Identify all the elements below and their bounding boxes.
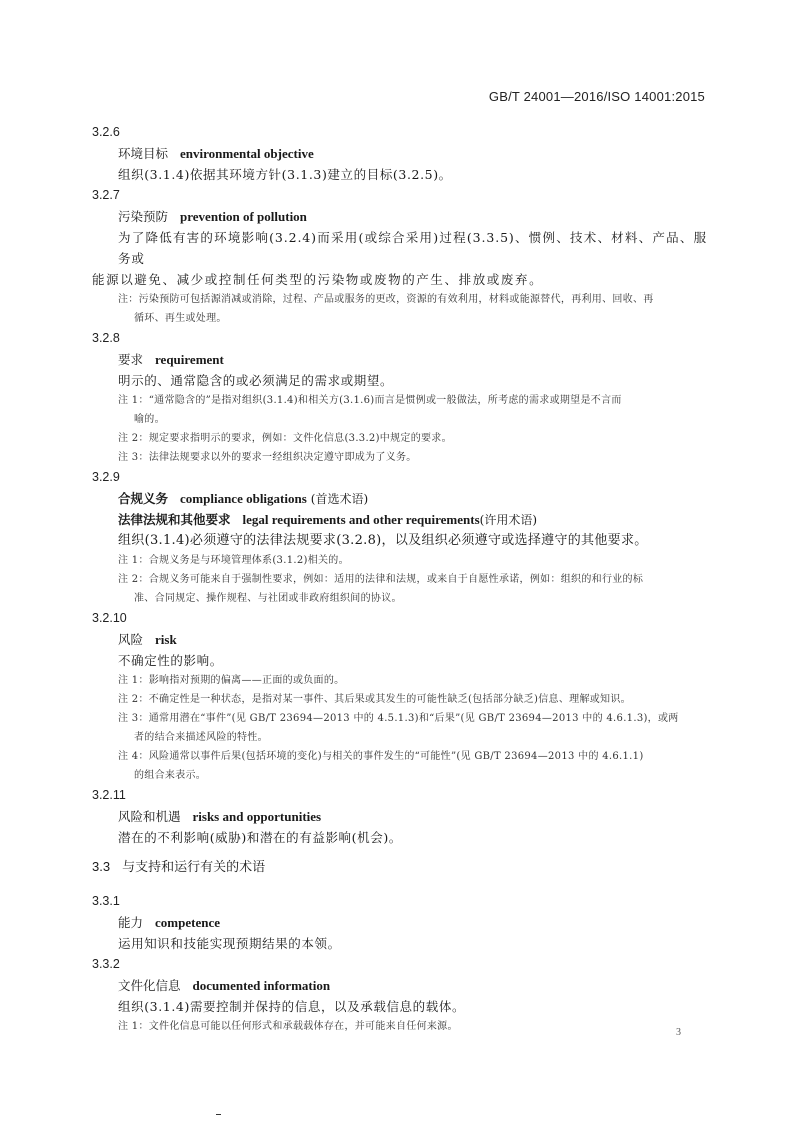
- term-tag: (首选术语): [311, 492, 368, 506]
- preferred-term: 合规义务compliance obligations (首选术语): [92, 488, 707, 509]
- term-en: requirement: [155, 352, 224, 367]
- term-entry-3-3-2: 3.3.2 文件化信息documented information 组织(3.1…: [92, 954, 707, 1036]
- note-label: 注 1：: [118, 1021, 149, 1032]
- definition: 潜在的不利影响(威胁)和潜在的有益影响(机会)。: [92, 827, 707, 848]
- term-entry-3-2-11: 3.2.11 风险和机遇risks and opportunities 潜在的不…: [92, 785, 707, 848]
- page-number: 3: [676, 1027, 681, 1038]
- note-continuation: 的组合来表示。: [118, 766, 707, 785]
- admitted-term: 法律法规和其他要求legal requirements and other re…: [92, 509, 707, 530]
- term-en: prevention of pollution: [180, 209, 307, 224]
- definition: 组织(3.1.4)需要控制并保持的信息，以及承载信息的载体。: [92, 996, 707, 1017]
- term-entry-3-2-10: 3.2.10 风险risk 不确定性的影响。 注 1：影响指对预期的偏离——正面…: [92, 608, 707, 785]
- document-body: 3.2.6 环境目标environmental objective 组织(3.1…: [92, 122, 707, 1036]
- note-1: 注 1：影响指对预期的偏离——正面的或负面的。: [92, 671, 707, 690]
- note-3: 注 3：通常用潜在“事件”(见 GB/T 23694—2013 中的 4.5.1…: [92, 709, 707, 747]
- term-en: competence: [155, 915, 220, 930]
- note-text: 合规义务可能来自于强制性要求，例如：适用的法律和法规，或来自于自愿性承诺，例如：…: [149, 574, 643, 585]
- term-tag: (许用术语): [480, 513, 537, 527]
- entry-number: 3.2.11: [92, 785, 707, 806]
- term-zh: 风险和机遇: [118, 809, 181, 824]
- note-text: 文件化信息可能以任何形式和承载载体存在，并可能来自任何来源。: [149, 1021, 458, 1032]
- note-continuation: 者的结合来描述风险的特性。: [118, 728, 707, 747]
- note-label: 注 3：: [118, 452, 149, 463]
- clause-number: 3.3: [92, 859, 110, 874]
- term-heading: 风险risk: [92, 629, 707, 650]
- entry-number: 3.2.6: [92, 122, 707, 143]
- term-heading: 文件化信息documented information: [92, 975, 707, 996]
- note-1: 注 1：文件化信息可能以任何形式和承载载体存在，并可能来自任何来源。: [92, 1017, 707, 1036]
- note-2: 注 2：合规义务可能来自于强制性要求，例如：适用的法律和法规，或来自于自愿性承诺…: [92, 570, 707, 608]
- note: 注：污染预防可包括源消减或消除，过程、产品或服务的更改，资源的有效利用，材料或能…: [92, 290, 707, 328]
- term-entry-3-2-7: 3.2.7 污染预防prevention of pollution 为了降低有害…: [92, 185, 707, 328]
- note-label: 注 3：: [118, 713, 149, 724]
- document-page: GB/T 24001—2016/ISO 14001:2015 3.2.6 环境目…: [0, 0, 793, 1121]
- term-en: documented information: [193, 978, 331, 993]
- definition: 组织(3.1.4)依据其环境方针(3.1.3)建立的目标(3.2.5)。: [92, 164, 707, 185]
- term-en: legal requirements and other requirement…: [243, 512, 480, 527]
- note-2: 注 2：不确定性是一种状态，是指对某一事件、其后果或其发生的可能性缺乏(包括部分…: [92, 690, 707, 709]
- note-continuation: 准、合同规定、操作规程、与社团或非政府组织间的协议。: [118, 589, 707, 608]
- note-continuation: 循环、再生或处理。: [118, 309, 707, 328]
- definition: 明示的、通常隐含的或必须满足的需求或期望。: [92, 370, 707, 391]
- entry-number: 3.2.10: [92, 608, 707, 629]
- note-text: “通常隐含的”是指对组织(3.1.4)和相关方(3.1.6)而言是惯例或一般做法…: [149, 395, 622, 406]
- note-label: 注 2：: [118, 574, 149, 585]
- standard-header: GB/T 24001—2016/ISO 14001:2015: [489, 89, 705, 104]
- clause-title: 与支持和运行有关的术语: [122, 860, 265, 875]
- definition: 不确定性的影响。: [92, 650, 707, 671]
- definition-line-2: 能源以避免、减少或控制任何类型的污染物或废物的产生、排放或废弃。: [92, 269, 707, 290]
- note-label: 注 1：: [118, 675, 149, 686]
- entry-number: 3.2.9: [92, 467, 707, 488]
- note-label: 注 1：: [118, 555, 149, 566]
- term-en: risks and opportunities: [193, 809, 322, 824]
- note-text: 影响指对预期的偏离——正面的或负面的。: [149, 675, 345, 686]
- note-text: 风险通常以事件后果(包括环境的变化)与相关的事件发生的“可能性”(见 GB/T …: [149, 751, 644, 762]
- note-label: 注 2：: [118, 694, 149, 705]
- note-label: 注 1：: [118, 395, 149, 406]
- term-entry-3-3-1: 3.3.1 能力competence 运用知识和技能实现预期结果的本领。: [92, 891, 707, 954]
- term-entry-3-2-9: 3.2.9 合规义务compliance obligations (首选术语) …: [92, 467, 707, 608]
- definition: 运用知识和技能实现预期结果的本领。: [92, 933, 707, 954]
- term-entry-3-2-8: 3.2.8 要求requirement 明示的、通常隐含的或必须满足的需求或期望…: [92, 328, 707, 467]
- term-zh: 合规义务: [118, 491, 168, 506]
- entry-number: 3.3.1: [92, 891, 707, 912]
- note-text: 法律法规要求以外的要求一经组织决定遵守即成为了义务。: [149, 452, 417, 463]
- scan-mark: [216, 1114, 221, 1115]
- term-heading: 风险和机遇risks and opportunities: [92, 806, 707, 827]
- term-heading: 环境目标environmental objective: [92, 143, 707, 164]
- note-label: 注：: [118, 294, 139, 305]
- entry-number: 3.3.2: [92, 954, 707, 975]
- definition: 组织(3.1.4)必须遵守的法律法规要求(3.2.8)，以及组织必须遵守或选择遵…: [92, 530, 707, 551]
- term-heading: 能力competence: [92, 912, 707, 933]
- term-heading: 污染预防prevention of pollution: [92, 206, 707, 227]
- definition-line-1: 为了降低有害的环境影响(3.2.4)而采用(或综合采用)过程(3.3.5)、惯例…: [92, 227, 707, 269]
- term-en: risk: [155, 632, 177, 647]
- note-1: 注 1：合规义务是与环境管理体系(3.1.2)相关的。: [92, 551, 707, 570]
- entry-number: 3.2.8: [92, 328, 707, 349]
- term-zh: 污染预防: [118, 209, 168, 224]
- note-label: 注 2：: [118, 433, 149, 444]
- clause-heading: 3.3与支持和运行有关的术语: [92, 856, 707, 879]
- term-zh: 法律法规和其他要求: [118, 512, 231, 527]
- note-3: 注 3：法律法规要求以外的要求一经组织决定遵守即成为了义务。: [92, 448, 707, 467]
- entry-number: 3.2.7: [92, 185, 707, 206]
- term-zh: 要求: [118, 352, 143, 367]
- note-text: 通常用潜在“事件”(见 GB/T 23694—2013 中的 4.5.1.3)和…: [149, 713, 679, 724]
- term-zh: 能力: [118, 915, 143, 930]
- term-en: compliance obligations: [180, 491, 307, 506]
- term-heading: 要求requirement: [92, 349, 707, 370]
- term-entry-3-2-6: 3.2.6 环境目标environmental objective 组织(3.1…: [92, 122, 707, 185]
- note-continuation: 喻的。: [118, 410, 707, 429]
- note-2: 注 2：规定要求指明示的要求，例如：文件化信息(3.3.2)中规定的要求。: [92, 429, 707, 448]
- note-4: 注 4：风险通常以事件后果(包括环境的变化)与相关的事件发生的“可能性”(见 G…: [92, 747, 707, 785]
- note-text: 污染预防可包括源消减或消除，过程、产品或服务的更改，资源的有效利用，材料或能源替…: [139, 294, 654, 305]
- note-label: 注 4：: [118, 751, 149, 762]
- note-1: 注 1：“通常隐含的”是指对组织(3.1.4)和相关方(3.1.6)而言是惯例或…: [92, 391, 707, 429]
- note-text: 不确定性是一种状态，是指对某一事件、其后果或其发生的可能性缺乏(包括部分缺乏)信…: [149, 694, 631, 705]
- term-zh: 环境目标: [118, 146, 168, 161]
- term-zh: 风险: [118, 632, 143, 647]
- note-text: 规定要求指明示的要求，例如：文件化信息(3.3.2)中规定的要求。: [149, 433, 452, 444]
- term-en: environmental objective: [180, 146, 314, 161]
- term-zh: 文件化信息: [118, 978, 181, 993]
- note-text: 合规义务是与环境管理体系(3.1.2)相关的。: [149, 555, 349, 566]
